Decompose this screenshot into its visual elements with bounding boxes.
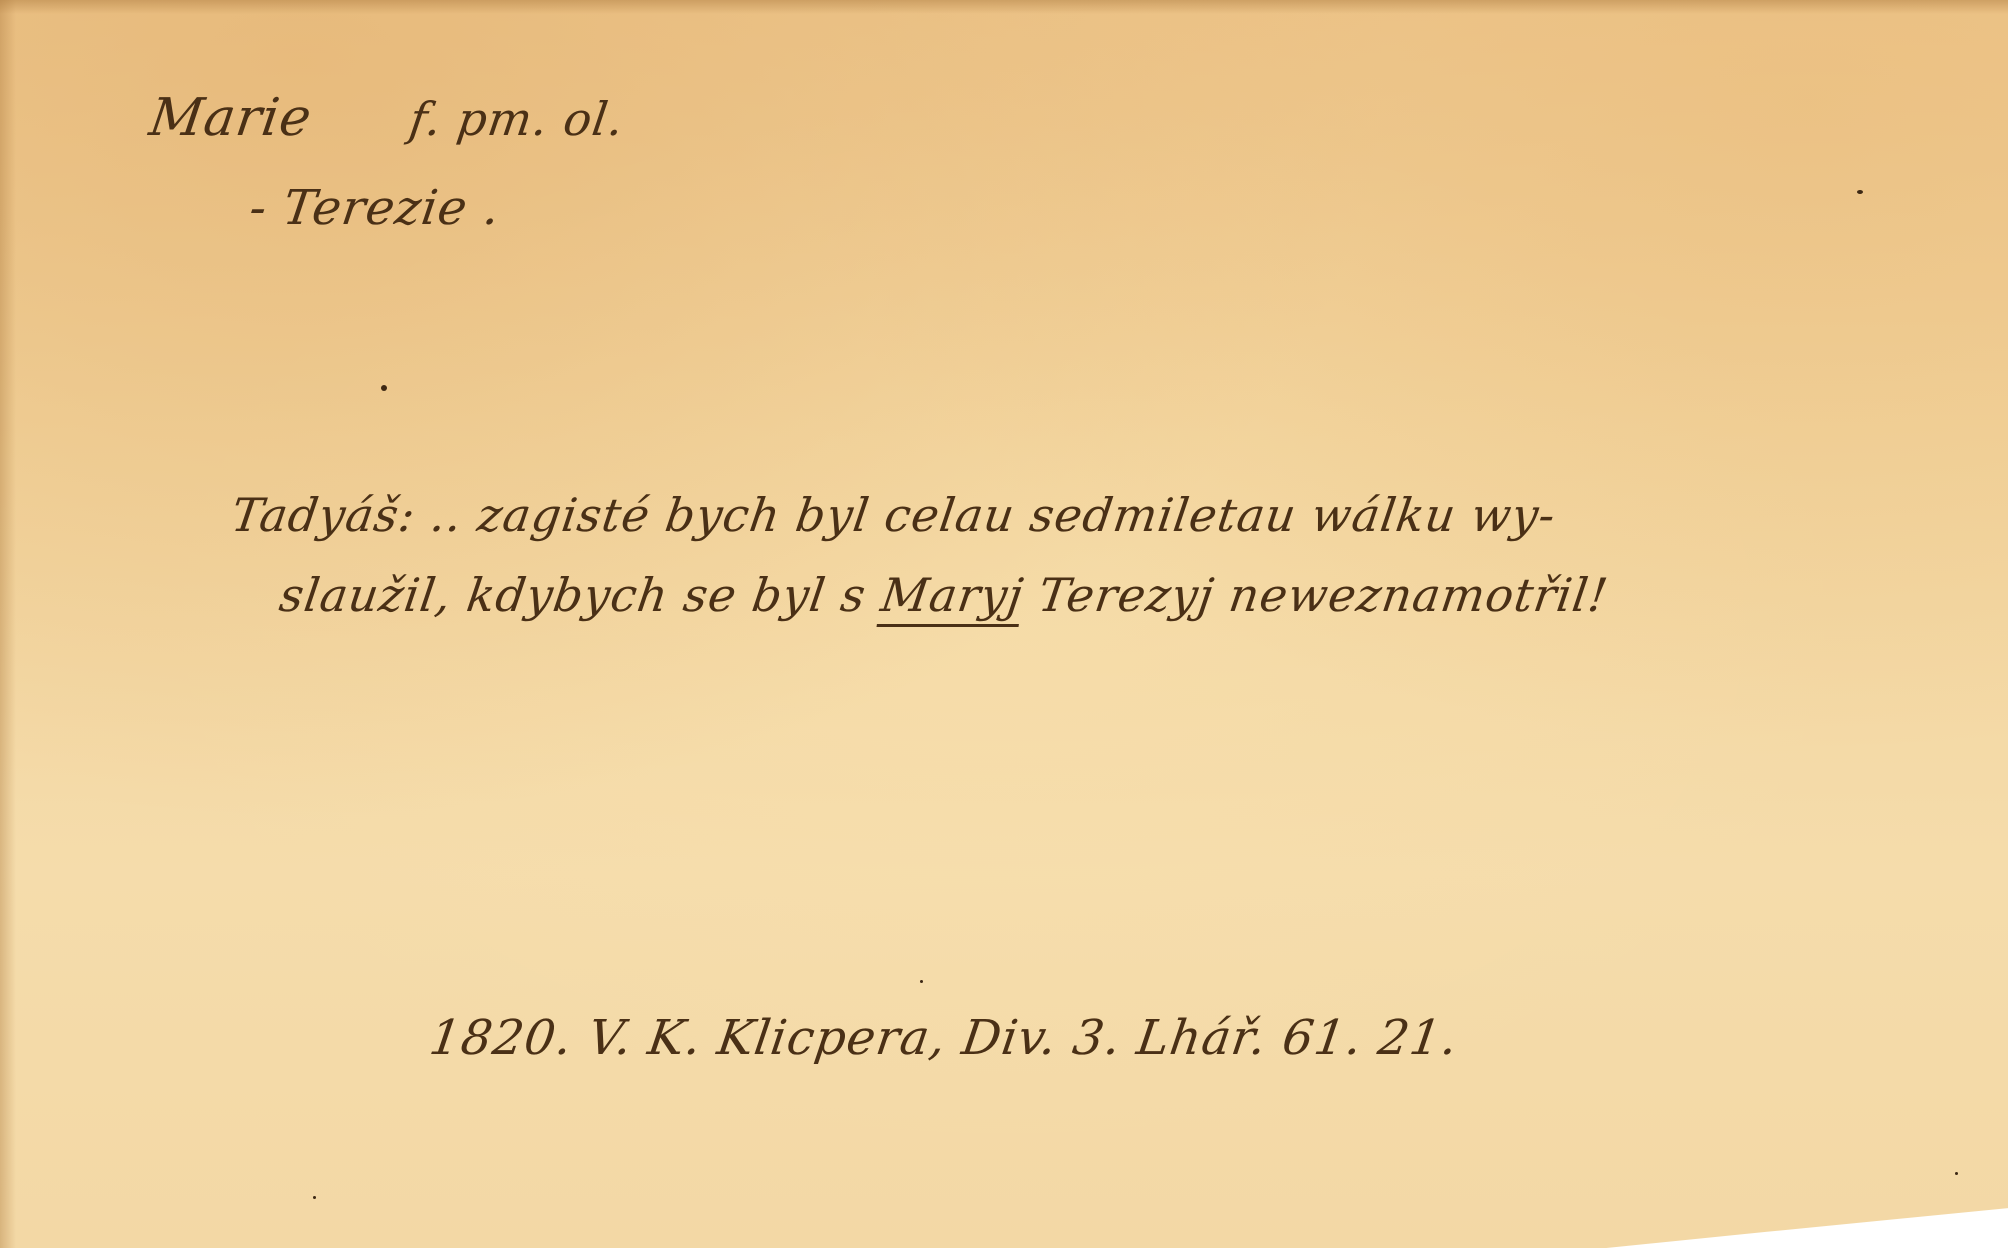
quote-text-after: Terezyj neweznamotřil! (1019, 568, 1611, 622)
ink-spot (381, 385, 387, 391)
grammar-label: f. pm. ol. (406, 92, 628, 146)
quote-line-2: slaužil, kdybych se byl s Maryj Terezyj … (276, 568, 1612, 622)
index-card: Marie f. pm. ol. - Terezie . Tadyáš: .. … (0, 0, 2008, 1248)
source-citation: 1820. V. K. Klicpera, Div. 3. Lhář. 61. … (426, 1010, 1462, 1066)
quote-line-1: Tadyáš: .. zagisté bych byl celau sedmil… (228, 488, 1559, 542)
quote-text-before: slaužil, kdybych se byl s (276, 568, 885, 622)
variant-form: - Terezie . (246, 180, 504, 236)
headword: Marie (146, 88, 316, 148)
quote-underlined-word: Maryj (877, 568, 1027, 627)
ink-spot (1955, 1172, 1958, 1175)
ink-spot (1857, 190, 1863, 194)
ink-spot (920, 980, 923, 983)
ink-spot (313, 1196, 316, 1199)
